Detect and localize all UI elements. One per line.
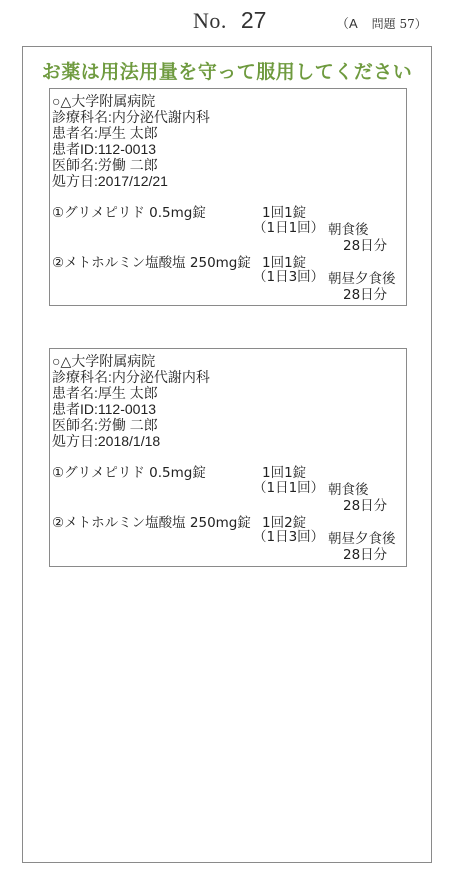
medication-frequency: （1日1回） [253,220,324,236]
medication-timing: 朝昼夕食後 [328,531,396,547]
sheet-title: お薬は用法用量を守って服用してください [23,57,431,84]
prescription-date: 処方日:2018/1/18 [52,433,160,449]
prescription-card-2: ○△大学附属病院 診療科名:内分泌代謝内科 患者名:厚生 太郎 患者ID:112… [49,348,407,567]
department: 診療科名:内分泌代謝内科 [52,109,210,125]
hospital-name: ○△大学附属病院 [52,353,155,369]
medication-frequency: （1日3回） [253,529,324,545]
question-number: No.27 [193,7,266,34]
medication-timing: 朝昼夕食後 [328,271,396,287]
medication-dose: 1回1錠 [262,205,306,221]
patient-name: 患者名:厚生 太郎 [52,385,158,401]
prescription-date: 処方日:2017/12/21 [52,173,168,189]
number-value: 27 [241,7,267,33]
department: 診療科名:内分泌代謝内科 [52,369,210,385]
medication-frequency: （1日1回） [253,480,324,496]
medication-days: 28日分 [343,287,387,303]
patient-id: 患者ID:112-0013 [52,141,156,157]
medication-days: 28日分 [343,498,387,514]
prescription-card-1: ○△大学附属病院 診療科名:内分泌代謝内科 患者名:厚生 太郎 患者ID:112… [49,88,407,306]
medication-timing: 朝食後 [328,482,369,498]
doctor-name: 医師名:労働 二郎 [52,417,158,433]
doctor-name: 医師名:労働 二郎 [52,157,158,173]
medication-days: 28日分 [343,238,387,254]
medication-name: ①グリメピリド 0.5mg錠 [52,465,206,481]
medication-days: 28日分 [343,547,387,563]
medication-name: ②メトホルミン塩酸塩 250mg錠 [52,515,251,531]
medication-timing: 朝食後 [328,222,369,238]
medication-sheet: お薬は用法用量を守って服用してください ○△大学附属病院 診療科名:内分泌代謝内… [22,46,432,863]
reference-question: 問題 57） [372,17,427,31]
medication-dose: 1回1錠 [262,465,306,481]
patient-id: 患者ID:112-0013 [52,401,156,417]
question-reference: （A問題 57） [336,13,427,32]
patient-name: 患者名:厚生 太郎 [52,125,158,141]
medication-frequency: （1日3回） [253,269,324,285]
medication-name: ①グリメピリド 0.5mg錠 [52,205,206,221]
hospital-name: ○△大学附属病院 [52,93,155,109]
medication-name: ②メトホルミン塩酸塩 250mg錠 [52,255,251,271]
reference-section: （A [336,16,358,31]
number-label: No. [193,8,227,33]
